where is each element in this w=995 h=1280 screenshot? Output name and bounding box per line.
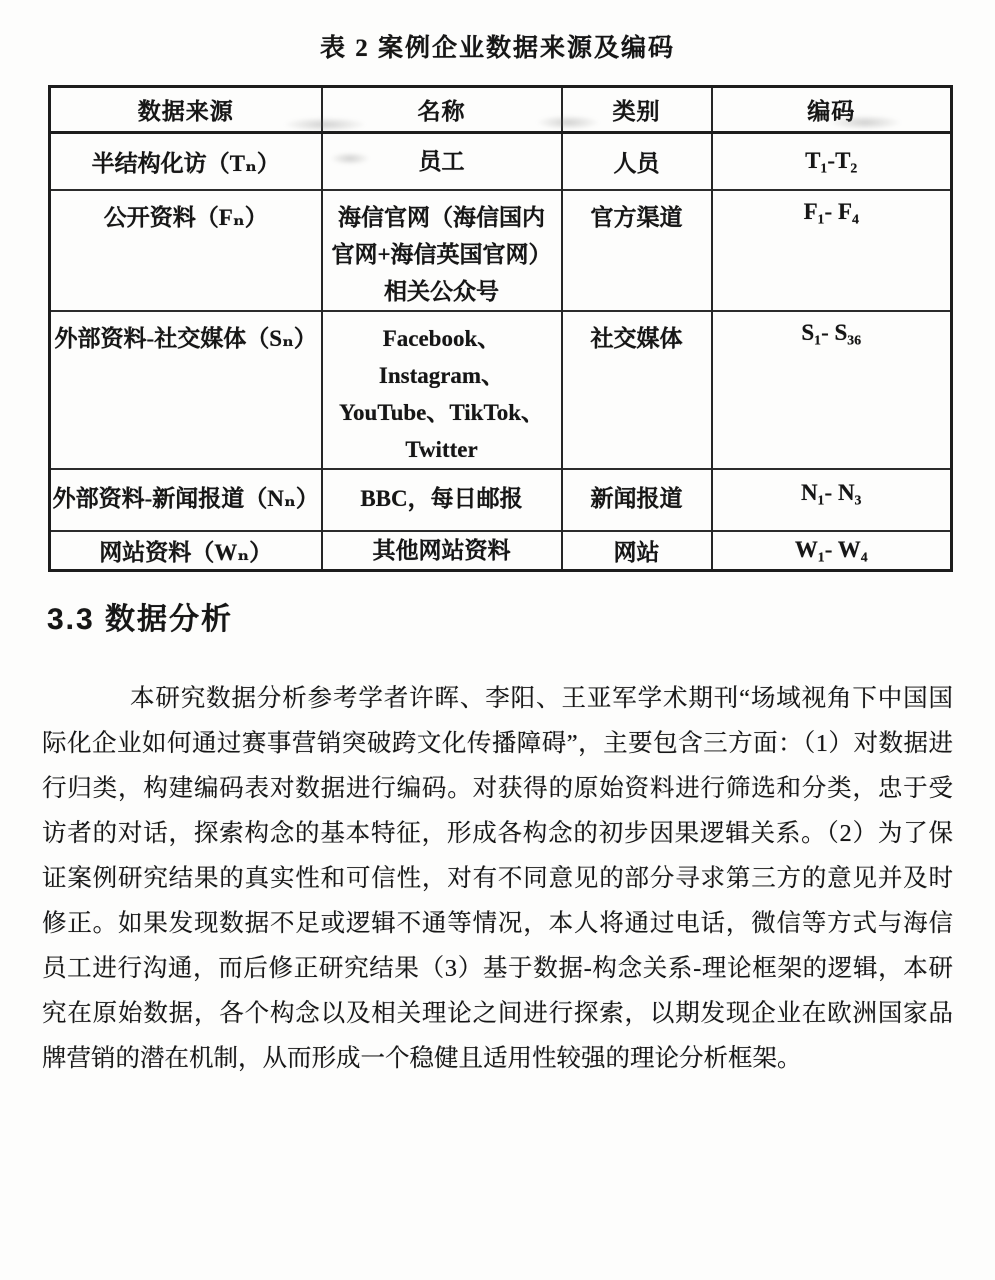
cell-source: 外部资料-社交媒体（Sₙ） — [50, 311, 322, 469]
table-row: 网站资料（Wₙ） 其他网站资料 网站 W₁- W₄ — [50, 531, 952, 571]
table-row: 外部资料-新闻报道（Nₙ） BBC，每日邮报 新闻报道 N₁- N₃ — [50, 469, 952, 531]
paragraph-line: 访者的对话，探索构念的基本特征，形成各构念的初步因果逻辑关系。（2）为了保 — [42, 811, 953, 856]
name-line: Instagram、 — [323, 357, 561, 394]
cell-category: 网站 — [562, 531, 712, 571]
cell-source: 外部资料-新闻报道（Nₙ） — [50, 469, 322, 531]
cell-name: 其他网站资料 — [322, 531, 562, 571]
name-line: BBC，每日邮报 — [323, 480, 561, 517]
table-row: 外部资料-社交媒体（Sₙ） Facebook、 Instagram、 YouTu… — [50, 311, 952, 469]
cell-name: BBC，每日邮报 — [322, 469, 562, 531]
column-header-category: 类别 — [562, 87, 712, 133]
name-line: 海信官网（海信国内 — [323, 199, 561, 236]
paragraph-line: 际化企业如何通过赛事营销突破跨文化传播障碍”，主要包含三方面：（1）对数据进 — [42, 721, 953, 766]
name-line: 官网+海信英国官网） — [323, 236, 561, 273]
paragraph-line: 本研究数据分析参考学者许晖、李阳、王亚军学术期刊“场域视角下中国国 — [42, 676, 953, 721]
body-paragraph: 本研究数据分析参考学者许晖、李阳、王亚军学术期刊“场域视角下中国国 际化企业如何… — [42, 676, 953, 1081]
column-header-code: 编码 — [712, 87, 952, 133]
cell-category: 人员 — [562, 133, 712, 190]
cell-source: 半结构化访（Tₙ） — [50, 133, 322, 190]
cell-source: 网站资料（Wₙ） — [50, 531, 322, 571]
name-line: 员工 — [323, 143, 561, 180]
name-line: Facebook、 — [323, 320, 561, 357]
cell-code: W₁- W₄ — [712, 531, 952, 571]
data-source-coding-table: 数据来源 名称 类别 编码 半结构化访（Tₙ） 员工 人员 T₁-T₂ 公开资料… — [48, 85, 953, 572]
name-line: YouTube、TikTok、 — [323, 394, 561, 431]
cell-code: N₁- N₃ — [712, 469, 952, 531]
column-header-name: 名称 — [322, 87, 562, 133]
name-line: 相关公众号 — [323, 273, 561, 310]
column-header-data-source: 数据来源 — [50, 87, 322, 133]
cell-name: 员工 — [322, 133, 562, 190]
cell-category: 社交媒体 — [562, 311, 712, 469]
cell-code: T₁-T₂ — [712, 133, 952, 190]
table-caption: 表 2 案例企业数据来源及编码 — [0, 28, 995, 64]
table-row: 半结构化访（Tₙ） 员工 人员 T₁-T₂ — [50, 133, 952, 190]
cell-code: S₁- S₃₆ — [712, 311, 952, 469]
scanned-document-page: 表 2 案例企业数据来源及编码 数据来源 名称 类别 编码 半结构化访（Tₙ） … — [0, 0, 995, 1280]
cell-category: 新闻报道 — [562, 469, 712, 531]
paragraph-line: 行归类，构建编码表对数据进行编码。对获得的原始资料进行筛选和分类，忠于受 — [42, 766, 953, 811]
paragraph-line: 证案例研究结果的真实性和可信性，对有不同意见的部分寻求第三方的意见并及时 — [42, 856, 953, 901]
paragraph-line: 牌营销的潜在机制，从而形成一个稳健且适用性较强的理论分析框架。 — [42, 1036, 953, 1081]
paragraph-line: 员工进行沟通，而后修正研究结果（3）基于数据-构念关系-理论框架的逻辑，本研 — [42, 946, 953, 991]
cell-category: 官方渠道 — [562, 190, 712, 311]
cell-name: 海信官网（海信国内 官网+海信英国官网） 相关公众号 — [322, 190, 562, 311]
cell-name: Facebook、 Instagram、 YouTube、TikTok、 Twi… — [322, 311, 562, 469]
paragraph-line: 究在原始数据，各个构念以及相关理论之间进行探索，以期发现企业在欧洲国家品 — [42, 991, 953, 1036]
table-row: 公开资料（Fₙ） 海信官网（海信国内 官网+海信英国官网） 相关公众号 官方渠道… — [50, 190, 952, 311]
cell-code: F₁- F₄ — [712, 190, 952, 311]
paragraph-line: 修正。如果发现数据不足或逻辑不通等情况，本人将通过电话，微信等方式与海信 — [42, 901, 953, 946]
table-header-row: 数据来源 名称 类别 编码 — [50, 87, 952, 133]
cell-source: 公开资料（Fₙ） — [50, 190, 322, 311]
name-line: Twitter — [323, 431, 561, 468]
name-line: 其他网站资料 — [323, 532, 561, 569]
section-heading: 3.3 数据分析 — [47, 594, 233, 638]
